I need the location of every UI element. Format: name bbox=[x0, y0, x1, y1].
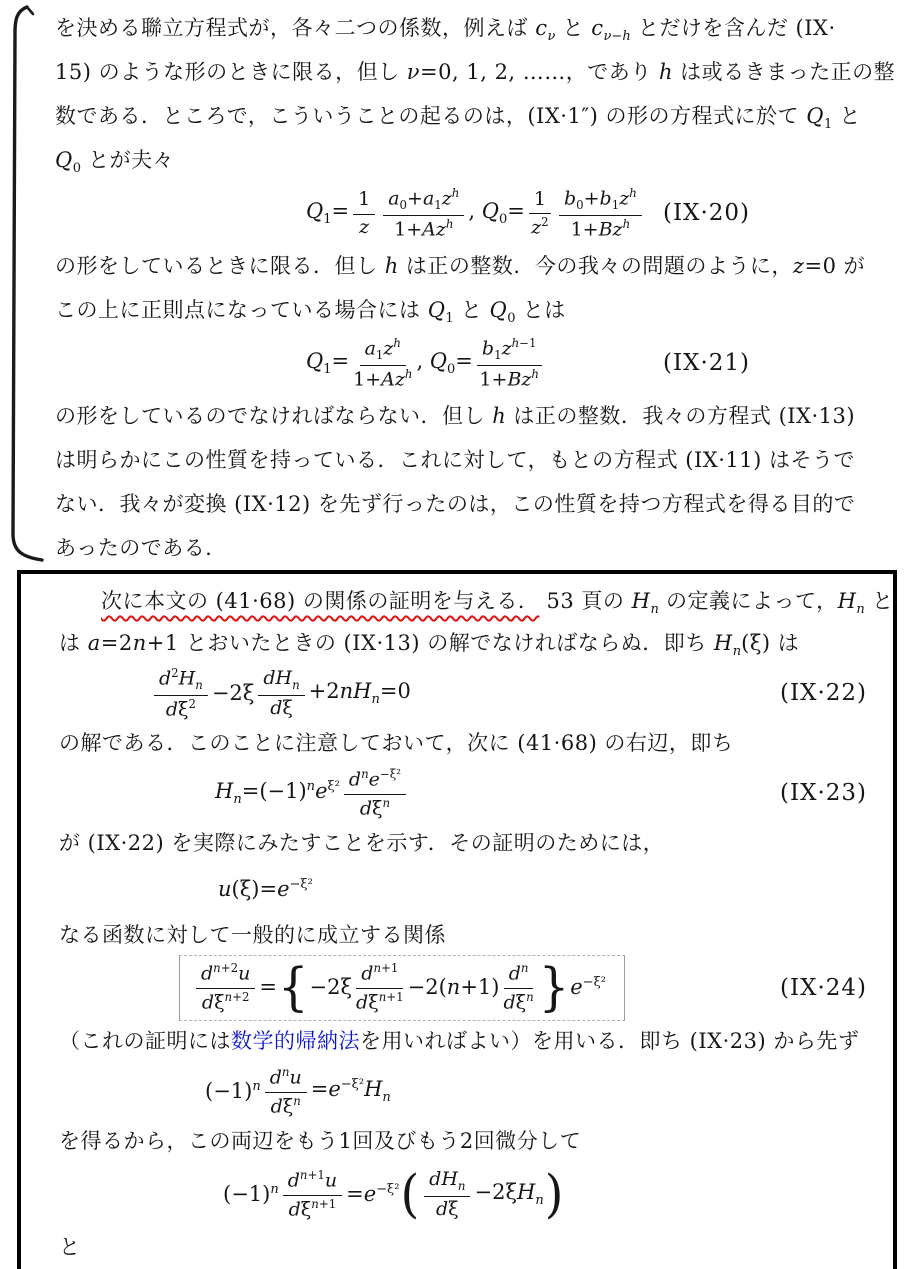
equation-label-ix24: (IX·24) bbox=[780, 975, 867, 1001]
equation-ix24-body: dn+2udξn+2={−2ξdn+1dξn+1−2(n+1)dndξn}e−ξ… bbox=[179, 955, 625, 1021]
boxed-note-section: 次に本文の (41·68) の関係の証明を与える． 53 頁の Hn の定義によ… bbox=[17, 570, 897, 1269]
equation-u-definition: u(ξ)=e−ξ² bbox=[59, 864, 881, 914]
equation-ix20: Q1=1za0+a1zh1+Azh, Q0=1z2b0+b1zh1+Bzh (I… bbox=[55, 182, 831, 244]
text-line: 数である．ところで，こういうことの起るのは，(IX·1″) の形の方程式に於て … bbox=[55, 94, 831, 138]
text-line: Q0 とが夫々 bbox=[55, 138, 831, 182]
margin-bracket-annotation bbox=[0, 0, 50, 566]
text-line: なる函数に対して一般的に成立する関係 bbox=[59, 914, 881, 956]
equation-ix21-body: Q1=a1zh1+Azh, Q0=b1zh−11+Bzh bbox=[306, 336, 546, 391]
equation-ix24: dn+2udξn+2={−2ξdn+1dξn+1−2(n+1)dndξn}e−ξ… bbox=[59, 956, 881, 1020]
text-line: あったのである． bbox=[55, 526, 831, 570]
top-section: を決める聯立方程式が，各々二つの係数，例えば cν と cν−h とだけを含んだ… bbox=[0, 0, 911, 570]
text-line: の形をしているのでなければならない．但し h は正の整数．我々の方程式 (IX·… bbox=[55, 394, 831, 438]
equation-ix23: Hn=(−1)neξ²dne−ξ²dξn (IX·23) bbox=[59, 764, 881, 822]
equation-ix23-body: Hn=(−1)neξ²dne−ξ²dξn bbox=[215, 767, 410, 819]
equation-second-derivative-relation: (−1)ndn+1udξn+1=e−ξ²(dHndξ−2ξHn) bbox=[59, 1162, 881, 1226]
text-line: は a=2n+1 とおいたときの (IX·13) の解でなければならぬ．即ち H… bbox=[59, 622, 881, 664]
text-line: 15) のような形のときに限る，但し ν=0, 1, 2, ……，であり h は… bbox=[55, 50, 831, 94]
equation-label-ix23: (IX·23) bbox=[780, 780, 867, 806]
text-line: を得るから，この両辺をもう1回及びもう2回微分して bbox=[59, 1120, 881, 1162]
equation-ix22: d2Hndξ2−2ξdHndξ+2nHn=0 (IX·22) bbox=[59, 664, 881, 722]
equation-first-derivative-relation: (−1)ndnudξn=e−ξ²Hn bbox=[59, 1062, 881, 1120]
equation-ix21: Q1=a1zh1+Azh, Q0=b1zh−11+Bzh (IX·21) bbox=[55, 332, 831, 394]
text-line: （これの証明には数学的帰納法を用いればよい）を用いる．即ち (IX·23) から… bbox=[59, 1020, 881, 1062]
text-line: と bbox=[59, 1226, 881, 1268]
equation-second-derivative-body: (−1)ndn+1udξn+1=e−ξ²(dHndξ−2ξHn) bbox=[223, 1168, 564, 1220]
text-line: の解である．このことに注意しておいて，次に (41·68) の右辺，即ち bbox=[59, 722, 881, 764]
equation-u-definition-body: u(ξ)=e−ξ² bbox=[218, 877, 313, 901]
scanned-book-page: を決める聯立方程式が，各々二つの係数，例えば cν と cν−h とだけを含んだ… bbox=[0, 0, 911, 1269]
equation-ix22-body: d2Hndξ2−2ξdHndξ+2nHn=0 bbox=[150, 666, 411, 721]
equation-ix20-body: Q1=1za0+a1zh1+Azh, Q0=1z2b0+b1zh1+Bzh bbox=[306, 186, 646, 241]
text-line: この上に正則点になっている場合には Q1 と Q0 とは bbox=[55, 288, 831, 332]
equation-label-ix20: (IX·20) bbox=[663, 200, 750, 226]
text-line: ない．我々が変換 (IX·12) を先ず行ったのは，この性質を持つ方程式を得る目… bbox=[55, 482, 831, 526]
text-line: を決める聯立方程式が，各々二つの係数，例えば cν と cν−h とだけを含んだ… bbox=[55, 6, 831, 50]
equation-label-ix22: (IX·22) bbox=[780, 680, 867, 706]
text-line: が (IX·22) を実際にみたすことを示す．その証明のためには， bbox=[59, 822, 881, 864]
equation-label-ix21: (IX·21) bbox=[663, 350, 750, 376]
text-line: の形をしているときに限る．但し h は正の整数．今の我々の問題のように，z=0 … bbox=[55, 244, 831, 288]
text-line: 次に本文の (41·68) の関係の証明を与える． 53 頁の Hn の定義によ… bbox=[59, 580, 881, 622]
text-line: は明らかにこの性質を持っている．これに対して，もとの方程式 (IX·11) はそ… bbox=[55, 438, 831, 482]
equation-first-derivative-body: (−1)ndnudξn=e−ξ²Hn bbox=[205, 1065, 391, 1117]
